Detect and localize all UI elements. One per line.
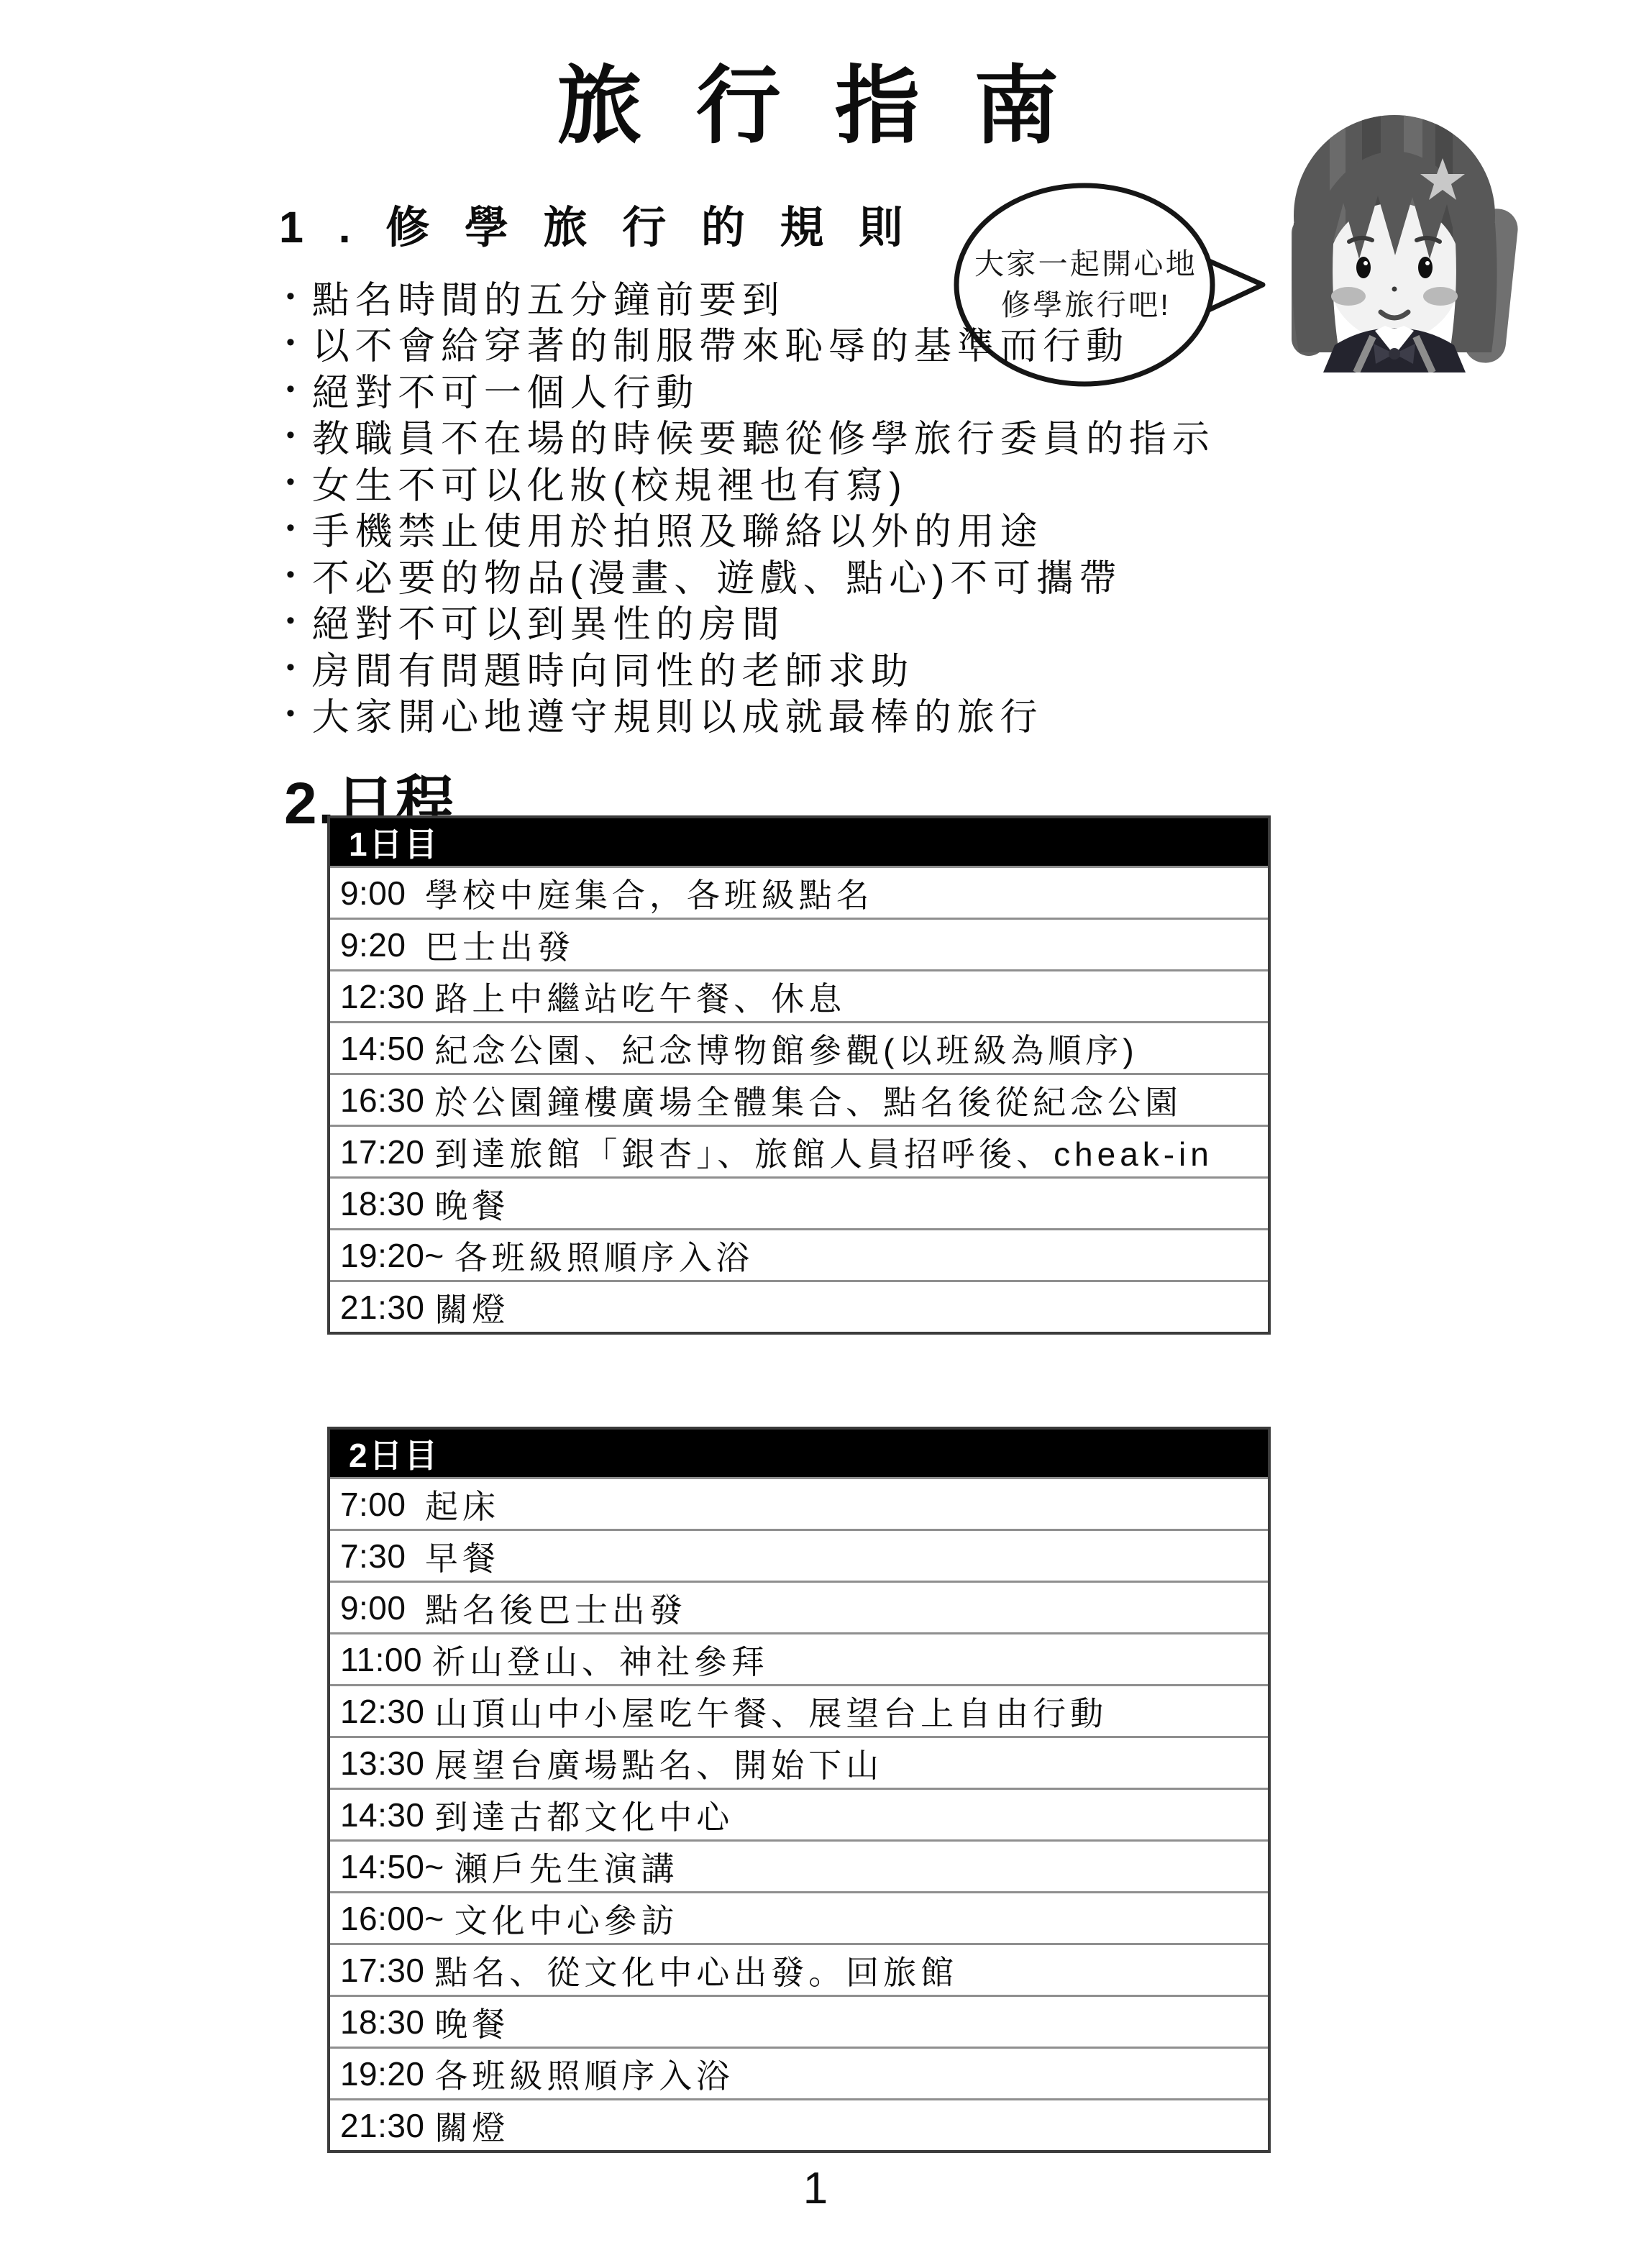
row-time: 7:00	[330, 1485, 415, 1524]
rule-item: •大家開心地遵守規則以成就最棒的旅行	[286, 691, 1215, 738]
schedule-row: 9:20巴士出發	[330, 918, 1268, 969]
row-time: 11:00	[330, 1640, 422, 1679]
row-text: 各班級照順序入浴	[454, 1232, 754, 1279]
schoolgirl-illustration	[1254, 108, 1535, 372]
schedule-row: 9:00學校中庭集合，各班級點名	[330, 866, 1268, 918]
row-text: 晚餐	[434, 1180, 509, 1227]
row-text: 山頂山中小屋吃午餐、展望台上自由行動	[434, 1688, 1107, 1735]
schedule-table-day2: 2日目7:00起床7:30早餐9:00點名後巴士出發11:00祈山登山、神社參拜…	[327, 1427, 1271, 2153]
row-time: 17:20	[330, 1133, 424, 1171]
row-text: 紀念公園、紀念博物館參觀(以班級為順序)	[434, 1025, 1138, 1072]
row-text: 到達古都文化中心	[434, 1791, 734, 1839]
schedule-row: 14:30到達古都文化中心	[330, 1788, 1268, 1839]
bullet-icon: •	[286, 375, 301, 403]
schedule-row: 21:30關燈	[330, 2098, 1268, 2150]
schedule-row: 18:30晚餐	[330, 1995, 1268, 2047]
row-time: 16:30	[330, 1081, 424, 1120]
row-text: 祈山登山、神社參拜	[432, 1636, 769, 1683]
row-text: 點名後巴士出發	[425, 1584, 687, 1632]
bullet-icon: •	[286, 654, 301, 682]
row-time: 9:00	[330, 1588, 415, 1627]
rules-heading: 1 . 修 學 旅 行 的 規 則	[279, 193, 914, 255]
row-time: 14:30	[330, 1796, 424, 1834]
rule-item: •房間有問題時向同性的老師求助	[286, 644, 1215, 691]
row-text: 路上中繼站吃午餐、休息	[434, 973, 846, 1020]
schedule-row: 7:00起床	[330, 1477, 1268, 1529]
rule-item: •絕對不可一個人行動	[286, 366, 1215, 413]
bullet-icon: •	[286, 561, 301, 589]
row-time: 14:50	[330, 1029, 424, 1068]
row-time: 14:50~	[330, 1847, 444, 1886]
schedule-row: 11:00祈山登山、神社參拜	[330, 1632, 1268, 1684]
row-text: 各班級照順序入浴	[434, 2050, 734, 2098]
rule-item: •點名時間的五分鐘前要到	[286, 273, 1215, 320]
schedule-row: 14:50紀念公園、紀念博物館參觀(以班級為順序)	[330, 1021, 1268, 1073]
row-time: 9:00	[330, 874, 415, 913]
schedule-row: 12:30路上中繼站吃午餐、休息	[330, 969, 1268, 1021]
row-time: 18:30	[330, 2003, 424, 2041]
rules-list: •點名時間的五分鐘前要到•以不會給穿著的制服帶來恥辱的基準而行動•絕對不可一個人…	[286, 273, 1215, 737]
row-text: 巴士出發	[425, 921, 575, 969]
schedule-row: 17:30點名、從文化中心出發。回旅館	[330, 1943, 1268, 1995]
rule-item: •不必要的物品(漫畫、遊戲、點心)不可攜帶	[286, 552, 1215, 598]
schedule-row: 13:30展望台廣場點名、開始下山	[330, 1736, 1268, 1788]
row-time: 12:30	[330, 977, 424, 1016]
row-text: 晚餐	[434, 1998, 509, 2046]
row-text: 早餐	[425, 1532, 500, 1580]
schedule-row: 21:30關燈	[330, 1280, 1268, 1332]
row-text: 文化中心參訪	[454, 1895, 679, 1942]
table-header: 1日目	[330, 818, 1268, 866]
row-text: 學校中庭集合，各班級點名	[425, 869, 874, 917]
schedule-row: 7:30早餐	[330, 1529, 1268, 1581]
row-time: 19:20	[330, 2054, 424, 2093]
row-time: 12:30	[330, 1692, 424, 1731]
schedule-row: 9:00點名後巴士出發	[330, 1581, 1268, 1632]
row-text: 關燈	[434, 1284, 509, 1331]
row-text: 到達旅館「銀杏」、旅館人員招呼後、cheak-in	[434, 1128, 1212, 1176]
row-text: 關燈	[434, 2102, 509, 2149]
schedule-row: 19:20~各班級照順序入浴	[330, 1228, 1268, 1280]
rule-item: •以不會給穿著的制服帶來恥辱的基準而行動	[286, 320, 1215, 367]
row-time: 7:30	[330, 1537, 415, 1576]
row-text: 展望台廣場點名、開始下山	[434, 1739, 883, 1787]
document-page: 旅 行 指 南 大家一起開心地 修學旅行吧!	[0, 0, 1631, 2268]
schedule-row: 19:20各班級照順序入浴	[330, 2047, 1268, 2098]
page-number: 1	[0, 2163, 1631, 2214]
bullet-icon: •	[286, 329, 301, 357]
rule-item: •手機禁止使用於拍照及聯絡以外的用途	[286, 506, 1215, 552]
row-text: 起床	[425, 1481, 500, 1528]
schedule-row: 16:00~文化中心參訪	[330, 1891, 1268, 1943]
row-time: 9:20	[330, 925, 415, 964]
schedule-row: 12:30山頂山中小屋吃午餐、展望台上自由行動	[330, 1684, 1268, 1736]
row-time: 19:20~	[330, 1236, 444, 1275]
bullet-icon: •	[286, 607, 301, 635]
rule-item: •女生不可以化妝(校規裡也有寫)	[286, 459, 1215, 506]
rule-item: •絕對不可以到異性的房間	[286, 598, 1215, 645]
schedule-row: 18:30晚餐	[330, 1176, 1268, 1228]
rule-text: 大家開心地遵守規則以成就最棒的旅行	[312, 687, 1043, 741]
row-time: 13:30	[330, 1744, 424, 1783]
schedule-row: 14:50~瀬戶先生演講	[330, 1839, 1268, 1891]
bullet-icon: •	[286, 283, 301, 311]
row-time: 17:30	[330, 1951, 424, 1990]
row-text: 點名、從文化中心出發。回旅館	[434, 1947, 958, 1994]
rule-item: •教職員不在場的時候要聽從修學旅行委員的指示	[286, 413, 1215, 459]
bullet-icon: •	[286, 700, 301, 728]
bullet-icon: •	[286, 421, 301, 449]
row-time: 21:30	[330, 2106, 424, 2145]
bullet-icon: •	[286, 468, 301, 496]
row-time: 16:00~	[330, 1899, 444, 1938]
row-text: 瀬戶先生演講	[454, 1843, 679, 1890]
schedule-row: 16:30於公園鐘樓廣場全體集合、點名後從紀念公園	[330, 1073, 1268, 1125]
row-text: 於公園鐘樓廣場全體集合、點名後從紀念公園	[434, 1076, 1182, 1124]
bullet-icon: •	[286, 514, 301, 542]
row-time: 21:30	[330, 1288, 424, 1327]
table-header: 2日目	[330, 1430, 1268, 1477]
row-time: 18:30	[330, 1184, 424, 1223]
schedule-row: 17:20到達旅館「銀杏」、旅館人員招呼後、cheak-in	[330, 1125, 1268, 1176]
schedule-table-day1: 1日目9:00學校中庭集合，各班級點名9:20巴士出發12:30路上中繼站吃午餐…	[327, 815, 1271, 1335]
